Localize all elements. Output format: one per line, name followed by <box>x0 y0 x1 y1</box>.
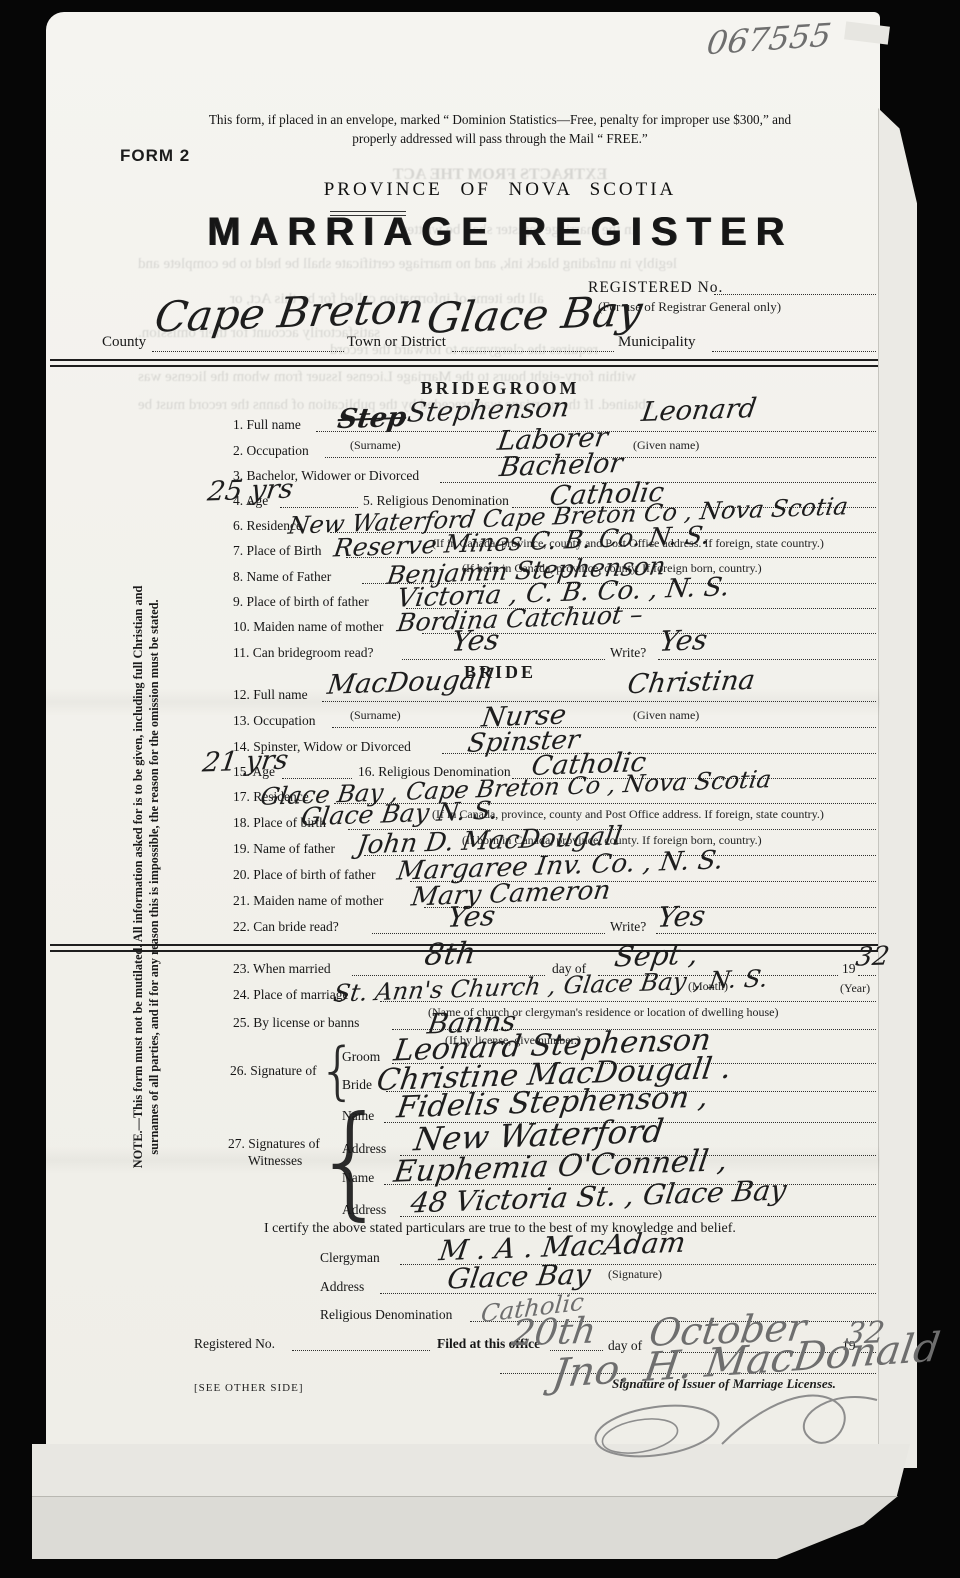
br-age-line <box>282 777 352 779</box>
witness2-name-label: Name <box>342 1170 374 1186</box>
given-name-caption: (Given name) <box>633 708 699 723</box>
surname-caption: (Surname) <box>350 708 401 723</box>
bg-status-value: Bachelor <box>497 448 624 483</box>
br-write-label: Write? <box>610 919 646 935</box>
signature-caption: (Signature) <box>608 1267 662 1282</box>
mutilation-note: NOTE.—This form must not be mutilated. A… <box>130 541 170 1213</box>
see-other-side-label: [SEE OTHER SIDE] <box>194 1382 304 1394</box>
given-name-caption: (Given name) <box>633 438 699 453</box>
denomination-label: Religious Denomination <box>320 1307 452 1323</box>
bg-read-value: Yes <box>450 623 502 658</box>
groom-label: Groom <box>342 1049 380 1065</box>
underlying-page-edge-2 <box>32 1496 898 1559</box>
surname-caption: (Surname) <box>350 438 401 453</box>
bg-read-label: 11. Can bridegroom read? <box>233 645 373 661</box>
place-of-marriage-label: 24. Place of marriage <box>233 987 348 1003</box>
bg-age-line <box>280 506 358 508</box>
witnesses-label-2: Witnesses <box>248 1153 302 1169</box>
license-banns-label: 25. By license or banns <box>233 1015 359 1031</box>
mutilation-note-line2: surnames of all parties, and if for any … <box>146 541 162 1213</box>
town-line <box>452 350 614 352</box>
br-occupation-line <box>332 726 876 728</box>
bg-write-label: Write? <box>610 645 646 661</box>
when-married-label: 23. When married <box>233 961 331 977</box>
envelope-note-line2: properly addressed will pass through the… <box>170 131 830 147</box>
bg-father-birthplace-label: 9. Place of birth of father <box>233 594 369 610</box>
province-heading: PROVINCE OF NOVA SCOTIA <box>100 179 900 201</box>
witness2-address-label: Address <box>342 1202 386 1218</box>
town-value: Glace Bay <box>424 286 645 342</box>
county-line <box>152 350 344 352</box>
county-label: County <box>102 334 146 351</box>
year-line <box>858 974 876 976</box>
pencil-flourish <box>572 1386 882 1466</box>
br-write-value: Yes <box>656 899 708 934</box>
year-value: 32 <box>854 941 892 972</box>
bg-birthplace-label: 7. Place of Birth <box>233 543 321 559</box>
form-number-label: FORM 2 <box>120 146 190 166</box>
registered-no-bottom-line <box>292 1349 430 1351</box>
bleedthrough-text: legibly in unfading black ink, and no ma… <box>138 256 677 273</box>
bg-father-label: 8. Name of Father <box>233 569 331 585</box>
witness1-address-label: Address <box>342 1141 386 1157</box>
registered-no-bottom-label: Registered No. <box>194 1336 275 1352</box>
year-caption: (Year) <box>840 981 870 996</box>
filed-day-value: 20th <box>509 1311 599 1355</box>
witness1-name-label: Name <box>342 1108 374 1124</box>
bride-heading: BRIDE <box>100 662 900 683</box>
br-read-value: Yes <box>446 899 498 934</box>
registered-no-line <box>714 293 876 295</box>
br-full-name-line <box>322 700 876 702</box>
county-value: Cape Breton <box>152 283 428 341</box>
br-age-value: 21 yrs <box>201 745 291 779</box>
bg-given-value: Leonard <box>639 393 758 428</box>
scanned-document: EXTRACTS FROM THE ACT in the marriage re… <box>0 0 960 1578</box>
bg-age-value: 25 yrs <box>206 474 296 508</box>
br-read-label: 22. Can bride read? <box>233 919 339 935</box>
br-surname-value: MacDougall <box>325 664 495 701</box>
bg-mother-label: 10. Maiden name of mother <box>233 619 383 635</box>
br-full-name-label: 12. Full name <box>233 687 308 703</box>
bg-write-line <box>658 658 876 660</box>
bg-full-name-label: 1. Full name <box>233 417 301 433</box>
bg-crossed-out-word: Step <box>336 402 409 435</box>
when-day-value: 8th <box>422 936 478 973</box>
municipality-line <box>712 350 876 352</box>
br-father-birthplace-label: 20. Place of birth of father <box>233 867 375 883</box>
br-mother-label: 21. Maiden name of mother <box>233 893 383 909</box>
page-title: MARRIAGE REGISTER <box>100 210 900 255</box>
section-divider <box>50 359 878 367</box>
envelope-note-line1: This form, if placed in an envelope, mar… <box>170 112 830 128</box>
bg-write-value: Yes <box>658 623 710 658</box>
bg-occupation-label: 2. Occupation <box>233 443 309 459</box>
mutilation-note-line1: NOTE.—This form must not be mutilated. A… <box>130 541 146 1213</box>
municipality-label: Municipality <box>618 334 696 351</box>
br-occupation-label: 13. Occupation <box>233 713 315 729</box>
clergy-address-label: Address <box>320 1279 364 1295</box>
bg-read-line <box>402 658 605 660</box>
clergyman-label: Clergyman <box>320 1250 380 1266</box>
br-father-label: 19. Name of father <box>233 841 335 857</box>
witnesses-label-1: 27. Signatures of <box>228 1136 320 1152</box>
page-edge-fold <box>878 108 917 1468</box>
signature-of-label: 26. Signature of <box>230 1063 317 1079</box>
br-given-value: Christina <box>625 665 757 700</box>
